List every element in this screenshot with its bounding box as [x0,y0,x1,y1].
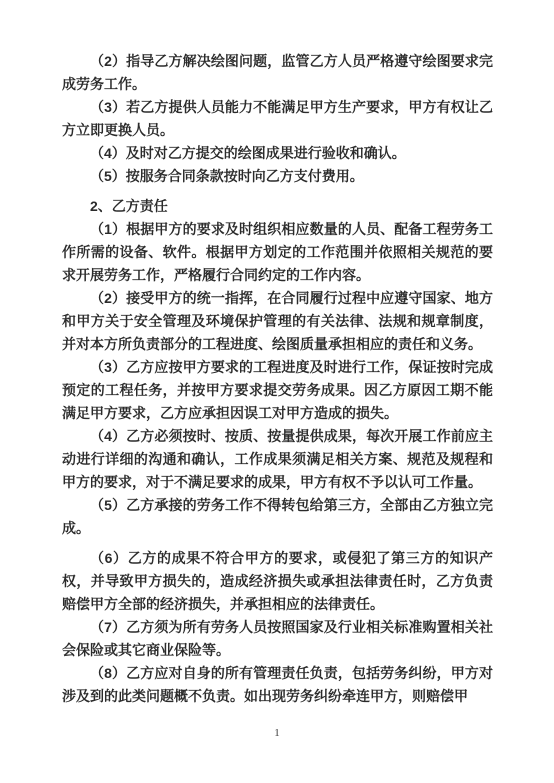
paragraph-item-1-4: （4）及时对乙方提交的绘图成果进行验收和确认。 [62,142,493,165]
paragraph-item-2-5: （5）乙方承接的劳务工作不得转包给第三方，全部由乙方独立完成。 [62,494,493,540]
document-page: （2）指导乙方解决绘图问题，监管乙方人员严格遵守绘图要求完成劳务工作。（3）若乙… [0,0,554,783]
document-body: （2）指导乙方解决绘图问题，监管乙方人员严格遵守绘图要求完成劳务工作。（3）若乙… [62,50,493,708]
paragraph-item-2-3: （3）乙方应按甲方要求的工程进度及时进行工作，保证按时完成预定的工程任务，并按甲… [62,356,493,425]
paragraph-section-2-heading: 2、乙方责任 [62,195,493,218]
paragraph-item-2-2: （2）接受甲方的统一指挥，在合同履行过程中应遵守国家、地方和甲方关于安全管理及环… [62,287,493,356]
paragraph-item-2-8: （8）乙方应对自身的所有管理责任负责，包括劳务纠纷，甲方对涉及到的此类问题概不负… [62,662,493,708]
paragraph-item-1-5: （5）按服务合同条款按时向乙方支付费用。 [62,165,493,188]
paragraph-item-2-1: （1）根据甲方的要求及时组织相应数量的人员、配备工程劳务工作所需的设备、软件。根… [62,218,493,287]
paragraph-item-2-7: （7）乙方须为所有劳务人员按照国家及行业相关标准购置相关社会保险或其它商业保险等… [62,616,493,662]
paragraph-item-2-6: （6）乙方的成果不符合甲方的要求，或侵犯了第三方的知识产权，并导致甲方损失的，造… [62,547,493,616]
paragraph-item-2-4: （4）乙方必须按时、按质、按量提供成果，每次开展工作前应主动进行详细的沟通和确认… [62,425,493,494]
paragraph-item-1-3: （3）若乙方提供人员能力不能满足甲方生产要求，甲方有权让乙方立即更换人员。 [62,96,493,142]
paragraph-item-1-2: （2）指导乙方解决绘图问题，监管乙方人员严格遵守绘图要求完成劳务工作。 [62,50,493,96]
page-number: 1 [0,727,554,739]
